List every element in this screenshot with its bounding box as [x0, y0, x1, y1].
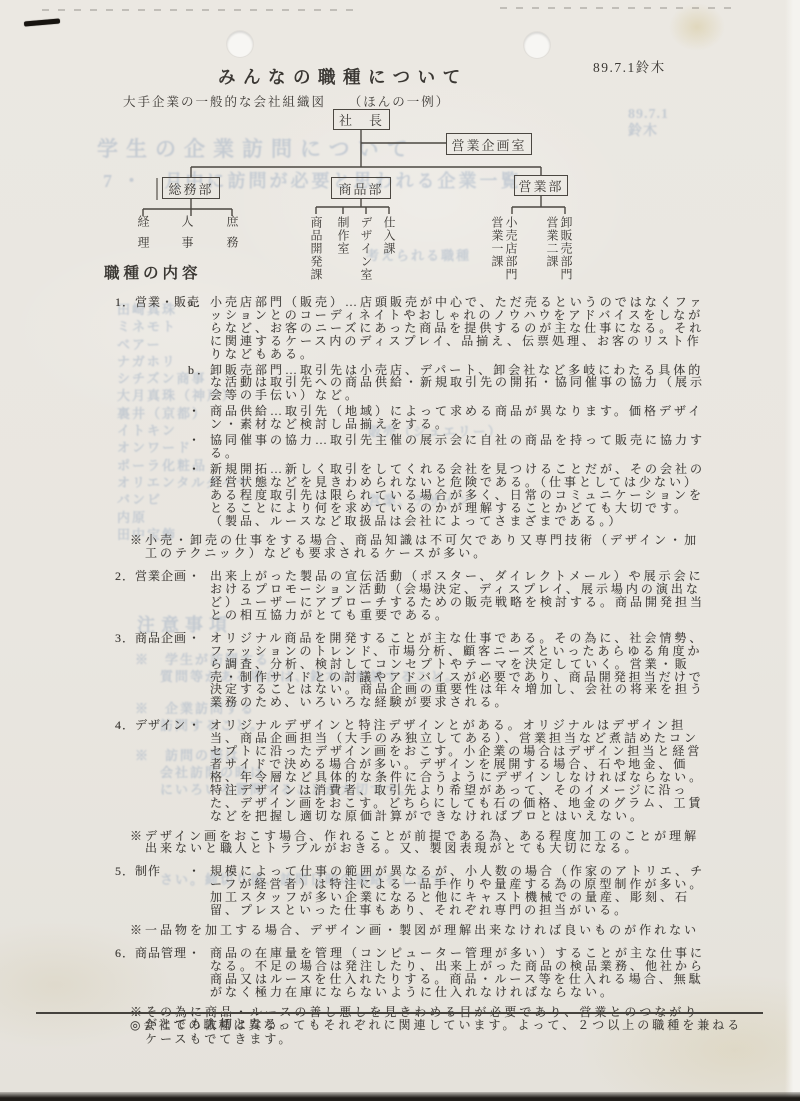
section-item: ・ オリジナル商品を開発することが主な仕事である。その為に、社会情勢、ファッショ…: [188, 632, 709, 709]
org-box-product-dept: 商品部: [331, 177, 391, 199]
item-text: 商品の在庫量を管理（コンピューター管理が多い）することが主な仕事になる。不足の場…: [210, 947, 709, 999]
section-note: ※デザイン画をおこす場合、作れることが前提である為、ある程度加工のことが理解出来…: [130, 830, 709, 856]
section-item: ・ 商品供給…取引先（地域）によって求める商品が異なります。価格デザイン・素材な…: [188, 405, 709, 431]
item-text: 商品供給…取引先（地域）によって求める商品が異なります。価格デザイン・素材など検…: [210, 405, 709, 431]
item-marker: ・: [188, 463, 210, 528]
org-label-design-room: デザイン室: [359, 216, 373, 281]
item-marker: ・: [188, 405, 210, 431]
punch-hole-left: [227, 31, 253, 57]
item-marker: ・: [188, 947, 210, 999]
item-text: 小売店部門（販売）…店頭販売が中心で、ただ売るというのではなくファッションとのコ…: [210, 296, 709, 361]
section-label: 5．制作: [115, 865, 161, 878]
item-marker: ・: [188, 865, 210, 917]
section-product-planning: 3．商品企画 ・ オリジナル商品を開発することが主な仕事である。その為に、社会情…: [115, 632, 709, 709]
item-text: オリジナルデザインと特注デザインとがある。オリジナルはデザイン担当、商品企画担当…: [210, 719, 709, 822]
org-box-sales-planning-office: 営業企画室: [446, 133, 532, 155]
section-label: 2．営業企画: [115, 570, 187, 583]
punch-hole-right: [524, 32, 550, 58]
section-note: ※一品物を加工する場合、デザイン画・製図が理解出来なければ良いものが作れない: [130, 924, 709, 937]
org-label-purchasing: 仕入課: [382, 216, 396, 255]
item-text: 出来上がった製品の宣伝活動（ポスター、ダイレクトメール）や展示会におけるプロモー…: [210, 570, 709, 622]
item-text: 卸販売部門…取引先は小売店、デパート、卸会社など多岐にわたる具体的な活動は取引先…: [210, 364, 709, 403]
section-sales-planning: 2．営業企画 ・ 出来上がった製品の宣伝活動（ポスター、ダイレクトメール）や展示…: [115, 570, 709, 622]
section-label: 6．商品管理: [115, 947, 187, 960]
org-box-general-affairs-dept: 総務部: [162, 177, 220, 199]
scan-bottom-edge: [0, 1092, 800, 1101]
section-item: ・ 協同催事の協力…取引先主催の展示会に自社の商品を持って販売に協力する。: [188, 434, 709, 460]
footer-note: ◎会社での職種は異なってもそれぞれに関連しています。よって、２つ以上の職種を兼ね…: [130, 1019, 751, 1047]
scan-edge-dots-right: [500, 7, 740, 9]
item-marker: ・: [188, 570, 210, 622]
divider-rule: [36, 1012, 763, 1014]
section-sales-retail: 1．営業・販売 a． 小売店部門（販売）…店頭販売が中心で、ただ売るというのでは…: [115, 296, 709, 560]
scan-edge-dots-left: [42, 9, 362, 11]
org-label-general-affairs: 庶務: [225, 215, 239, 257]
section-label: 1．営業・販売: [115, 296, 200, 309]
org-label-retail-division: 小売店部門: [504, 216, 518, 281]
item-marker: b．: [188, 364, 210, 403]
section-label: 3．商品企画: [115, 632, 187, 645]
org-label-sales-section1: 営業一課: [490, 216, 504, 281]
section-item: b． 卸販売部門…取引先は小売店、デパート、卸会社など多岐にわたる具体的な活動は…: [188, 364, 709, 403]
job-sections: 1．営業・販売 a． 小売店部門（販売）…店頭販売が中心で、ただ売るというのでは…: [115, 296, 709, 1031]
org-label-accounting: 経理: [136, 215, 150, 257]
item-marker: ・: [188, 719, 210, 822]
item-text: 規模によって仕事の範囲が異なるが、小人数の場合（作家のアトリエ、チーフが経営者）…: [210, 865, 709, 917]
section-heading-job-contents: 職種の内容: [104, 261, 202, 283]
org-box-president: 社 長: [333, 109, 390, 130]
item-text: オリジナル商品を開発することが主な仕事である。その為に、社会情勢、ファッションの…: [210, 632, 709, 709]
org-label-sales-section1-retail: 営業一課 小売店部門: [490, 216, 518, 281]
item-text: 協同催事の協力…取引先主催の展示会に自社の商品を持って販売に協力する。: [210, 434, 709, 460]
org-box-sales-dept: 営業部: [514, 175, 568, 196]
section-production: 5．制作 ・ 規模によって仕事の範囲が異なるが、小人数の場合（作家のアトリエ、チ…: [115, 865, 709, 937]
section-label: 4．デザイン: [115, 719, 186, 732]
section-item: ・ 規模によって仕事の範囲が異なるが、小人数の場合（作家のアトリエ、チーフが経営…: [188, 865, 709, 917]
section-item: a． 小売店部門（販売）…店頭販売が中心で、ただ売るというのではなくファッション…: [188, 296, 709, 361]
org-label-wholesale-division: 卸販売部門: [559, 216, 573, 281]
section-note: ※小売・卸売の仕事をする場合、商品知識は不可欠であり又専門技術（デザイン・加工の…: [130, 534, 709, 560]
scanned-document: 89.7.1 鈴木 学生の企業訪問について 7 ・ 月中に訪問が必要と思われる企…: [0, 0, 800, 1101]
org-label-personnel: 人事: [180, 215, 194, 257]
org-label-sales-section2-wholesale: 営業二課 卸販売部門: [545, 216, 573, 281]
org-label-production-room: 制作室: [336, 216, 350, 255]
section-item: ・ 出来上がった製品の宣伝活動（ポスター、ダイレクトメール）や展示会におけるプロ…: [188, 570, 709, 622]
org-label-product-development: 商品開発課: [309, 216, 323, 281]
section-item: ・ 商品の在庫量を管理（コンピューター管理が多い）することが主な仕事になる。不足…: [188, 947, 709, 999]
section-design: 4．デザイン ・ オリジナルデザインと特注デザインとがある。オリジナルはデザイン…: [115, 719, 709, 855]
org-label-sales-section2: 営業二課: [545, 216, 559, 281]
section-item: ・ オリジナルデザインと特注デザインとがある。オリジナルはデザイン担当、商品企画…: [188, 719, 709, 822]
item-marker: ・: [188, 632, 210, 709]
item-marker: ・: [188, 434, 210, 460]
scan-right-edge: [785, 0, 800, 1101]
item-text: 新規開拓…新しく取引をしてくれる会社を見つけることだが、その会社の経営状態などを…: [210, 463, 709, 528]
section-item: ・ 新規開拓…新しく取引をしてくれる会社を見つけることだが、その会社の経営状態な…: [188, 463, 709, 528]
